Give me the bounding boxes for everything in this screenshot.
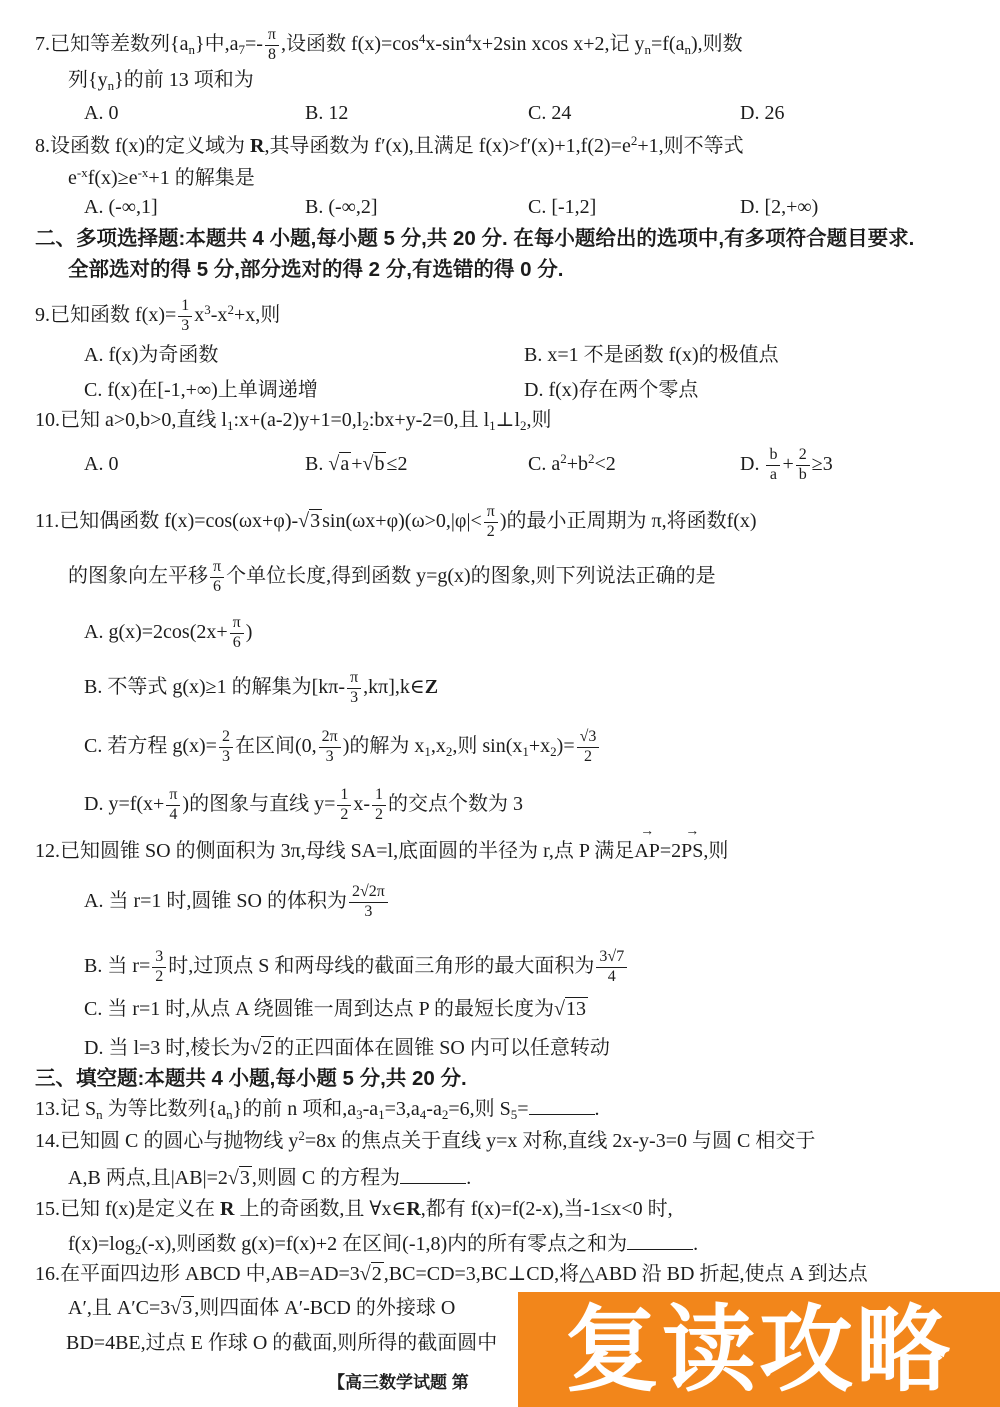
question-13-line-1: 13.记 Sn 为等比数列{an}的前 n 项和,a3-a1=3,a4-a2=6… [35,1096,600,1122]
question-14-line-2: A,B 两点,且|AB|=2√3,则圆 C 的方程为. [68,1165,471,1191]
section-3-header: 三、填空题:本题共 4 小题,每小题 5 分,共 20 分. [35,1066,467,1092]
q12-option-d: D. 当 l=3 时,棱长为√2的正四面体在圆锥 SO 内可以任意转动 [84,1035,610,1061]
q10-option-b: B. √a+√b≤2 [305,451,528,477]
q9-option-a: A. f(x)为奇函数 [84,342,524,368]
q12-option-b: B. 当 r=32时,过顶点 S 和两母线的截面三角形的最大面积为3√74 [84,948,629,987]
q12-option-c: C. 当 r=1 时,从点 A 绕圆锥一周到达点 P 的最短长度为√13 [84,996,588,1022]
question-16-line-2: A′,且 A′C=3√3,则四面体 A′-BCD 的外接球 O [68,1295,455,1321]
q11-option-c: C. 若方程 g(x)=23在区间(0,2π3)的解为 x1,x2,则 sin(… [84,728,601,767]
q12-option-a: A. 当 r=1 时,圆锥 SO 的体积为2√2π3 [84,883,390,922]
q9-option-b: B. x=1 不是函数 f(x)的极值点 [524,342,779,368]
promo-banner-text: 复读攻略 [565,1303,953,1397]
section-2-header-line-1: 二、多项选择题:本题共 4 小题,每小题 5 分,共 20 分. 在每小题给出的… [35,226,914,252]
q7-option-c: C. 24 [528,100,740,126]
q10-option-c: C. a2+b2<2 [528,451,740,477]
promo-banner: 复读攻略 [518,1292,1000,1407]
q9-option-d: D. f(x)存在两个零点 [524,377,698,403]
question-8-options: A. (-∞,1] B. (-∞,2] C. [-1,2] D. [2,+∞) [84,194,818,220]
question-7-line-2: 列{yn}的前 13 项和为 [68,67,254,93]
question-15-line-1: 15.已知 f(x)是定义在 R 上的奇函数,且 ∀x∈R,都有 f(x)=f(… [35,1196,673,1222]
q8-option-b: B. (-∞,2] [305,194,528,220]
q7-option-a: A. 0 [84,100,305,126]
question-16-line-1: 16.在平面四边形 ABCD 中,AB=AD=3√2,BC=CD=3,BC⊥CD… [35,1261,868,1287]
q10-option-a: A. 0 [84,451,305,477]
question-7-line-1: 7.已知等差数列{an}中,a7=-π8,设函数 f(x)=cos4x-sin4… [35,26,743,65]
q8-option-c: C. [-1,2] [528,194,740,220]
question-9-options-row-2: C. f(x)在[-1,+∞)上单调递增 D. f(x)存在两个零点 [84,377,698,403]
q8-option-a: A. (-∞,1] [84,194,305,220]
question-10-line-1: 10.已知 a>0,b>0,直线 l1:x+(a-2)y+1=0,l2:bx+y… [35,407,552,433]
q11-option-d: D. y=f(x+π4)的图象与直线 y=12x-12的交点个数为 3 [84,786,523,825]
q7-option-d: D. 26 [740,100,784,126]
question-14-line-1: 14.已知圆 C 的圆心与抛物线 y2=8x 的焦点关于直线 y=x 对称,直线… [35,1128,815,1154]
question-7-options: A. 0 B. 12 C. 24 D. 26 [84,100,784,126]
q11-option-b: B. 不等式 g(x)≥1 的解集为[kπ-π3,kπ],k∈Z [84,669,438,708]
page-footer: 【高三数学试题 第 [328,1368,469,1393]
question-9-line-1: 9.已知函数 f(x)=13x3-x2+x,则 [35,297,280,336]
question-12-line-1: 12.已知圆锥 SO 的侧面积为 3π,母线 SA=l,底面圆的半径为 r,点 … [35,838,728,864]
exam-page: 7.已知等差数列{an}中,a7=-π8,设函数 f(x)=cos4x-sin4… [0,0,1000,1407]
q7-option-b: B. 12 [305,100,528,126]
q8-option-d: D. [2,+∞) [740,194,818,220]
question-16-line-3: BD=4BE,过点 E 作球 O 的截面,则所得的截面圆中 [66,1330,497,1356]
q9-option-c: C. f(x)在[-1,+∞)上单调递增 [84,377,524,403]
question-11-line-2: 的图象向左平移π6个单位长度,得到函数 y=g(x)的图象,则下列说法正确的是 [68,558,716,597]
question-8-line-2: e-xf(x)≥e-x+1 的解集是 [68,165,255,191]
question-8-line-1: 8.设函数 f(x)的定义域为 R,其导函数为 f′(x),且满足 f(x)>f… [35,133,744,159]
question-15-line-2: f(x)=log2(-x),则函数 g(x)=f(x)+2 在区间(-1,8)内… [68,1231,698,1257]
section-2-header-line-2: 全部选对的得 5 分,部分选对的得 2 分,有选错的得 0 分. [68,257,563,283]
q11-option-a: A. g(x)=2cos(2x+π6) [84,614,252,653]
question-10-options: A. 0 B. √a+√b≤2 C. a2+b2<2 D. ba+2b≥3 [84,446,833,485]
q10-option-d: D. ba+2b≥3 [740,446,833,485]
question-9-options-row-1: A. f(x)为奇函数 B. x=1 不是函数 f(x)的极值点 [84,342,779,368]
question-11-line-1: 11.已知偶函数 f(x)=cos(ωx+φ)-√3sin(ωx+φ)(ω>0,… [35,503,757,542]
